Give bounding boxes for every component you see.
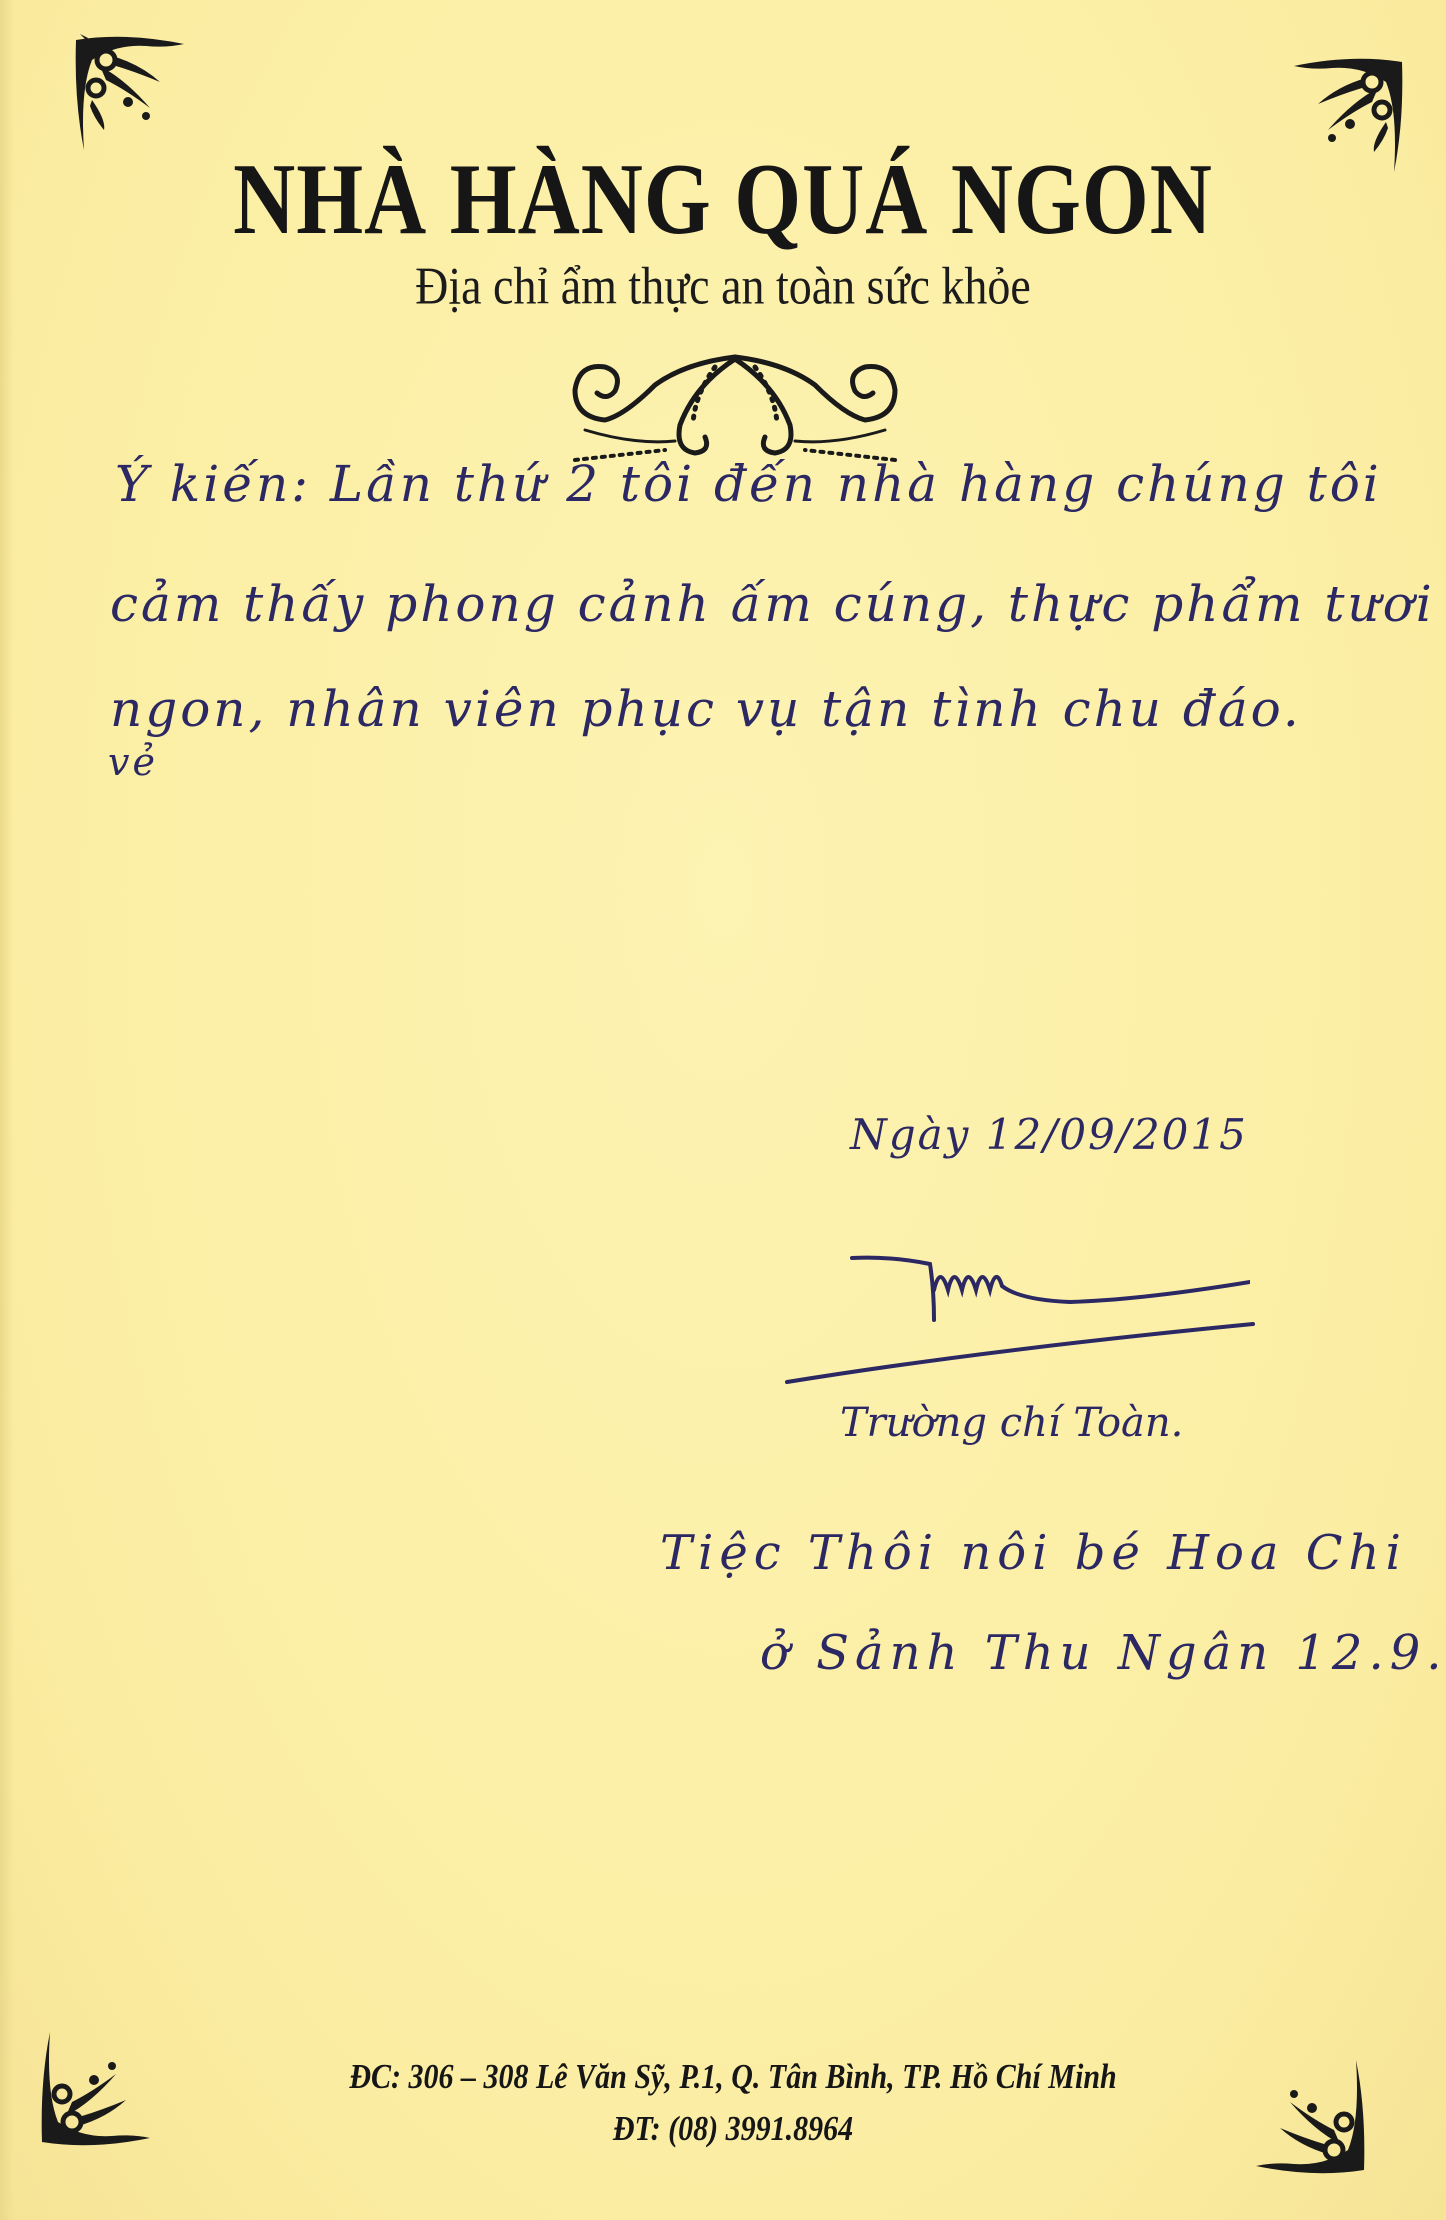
scroll-divider-icon [545, 345, 925, 470]
comment-line: Ý kiến: Lần thứ 2 tôi đến nhà hàng chúng… [115, 455, 1382, 513]
signer-name: Trường chí Toàn. [840, 1400, 1183, 1446]
restaurant-name: NHÀ HÀNG QUÁ NGON [0, 140, 1446, 258]
signature-date: Ngày 12/09/2015 [850, 1110, 1248, 1159]
event-note-line: Tiệc Thôi nôi bé Hoa Chi [660, 1525, 1407, 1581]
page-edge-shadow [0, 0, 14, 2220]
restaurant-tagline: Địa chỉ ẩm thực an toàn sức khỏe [0, 255, 1446, 316]
comment-line: cảm thấy phong cảnh ấm cúng, thực phẩm t… [110, 575, 1435, 633]
restaurant-address: ĐC: 306 – 308 Lê Văn Sỹ, P.1, Q. Tân Bìn… [0, 2058, 1446, 2097]
comment-line: vẻ [108, 740, 158, 784]
restaurant-phone: ĐT: (08) 3991.8964 [0, 2110, 1446, 2149]
event-note-line: ở Sảnh Thu Ngân 12.9. [760, 1625, 1446, 1681]
comment-line: ngon, nhân viên phục vụ tận tình chu đáo… [110, 680, 1302, 738]
signature-underline [785, 1300, 1255, 1390]
